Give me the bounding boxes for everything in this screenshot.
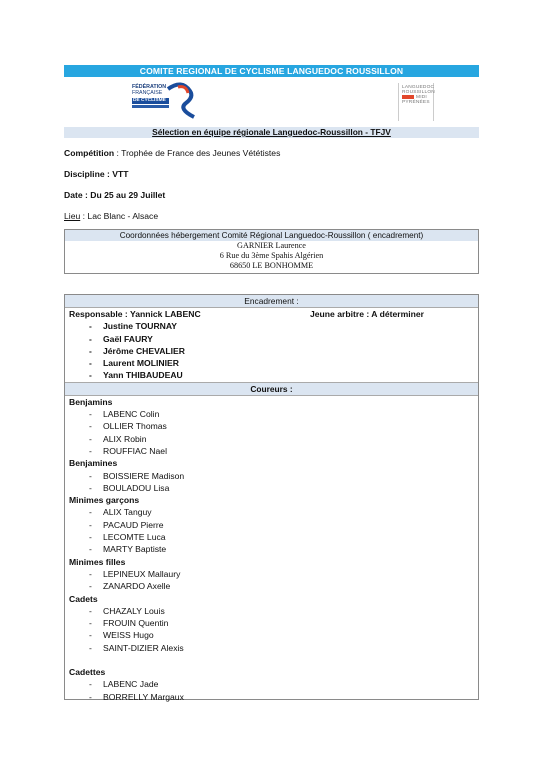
ffc-logo: FÉDÉRATION FRANÇAISE DE CYCLISME bbox=[128, 81, 200, 121]
rider-item: -MARTY Baptiste bbox=[65, 543, 478, 555]
category-heading: Minimes filles bbox=[65, 556, 478, 568]
rider-item: -LEPINEUX Mallaury bbox=[65, 568, 478, 580]
logo-red-bar bbox=[402, 95, 414, 99]
logo-text: FRANÇAISE bbox=[132, 91, 162, 97]
category-heading: Benjamines bbox=[65, 457, 478, 469]
dash-bullet: - bbox=[89, 408, 92, 420]
staff-member: -Jérôme CHEVALIER bbox=[65, 345, 478, 357]
person-name: MARTY Baptiste bbox=[103, 543, 166, 555]
dash-bullet: - bbox=[89, 629, 92, 641]
rider-item: -LECOMTE Luca bbox=[65, 531, 478, 543]
rider-item: -ALIX Tanguy bbox=[65, 506, 478, 518]
person-name: ZANARDO Axelle bbox=[103, 580, 170, 592]
person-name: Gaël FAURY bbox=[103, 333, 153, 345]
category-heading: Minimes garçons bbox=[65, 494, 478, 506]
dash-bullet: - bbox=[89, 345, 92, 357]
person-name: CHAZALY Louis bbox=[103, 605, 165, 617]
rider-item: -ZANARDO Axelle bbox=[65, 580, 478, 592]
dash-bullet: - bbox=[89, 531, 92, 543]
category-heading: Benjamins bbox=[65, 396, 478, 408]
lodging-street: 6 Rue du 3ème Spahis Algérien bbox=[65, 251, 478, 261]
person-name: LECOMTE Luca bbox=[103, 531, 166, 543]
dash-bullet: - bbox=[89, 445, 92, 457]
person-name: WEISS Hugo bbox=[103, 629, 154, 641]
rider-item: -BORRELLY Margaux bbox=[65, 691, 478, 703]
dash-bullet: - bbox=[89, 320, 92, 332]
dash-bullet: - bbox=[89, 691, 92, 703]
person-name: LEPINEUX Mallaury bbox=[103, 568, 180, 580]
person-name: OLLIER Thomas bbox=[103, 420, 167, 432]
staff-header: Encadrement : bbox=[65, 295, 478, 308]
person-name: ROUFFIAC Nael bbox=[103, 445, 167, 457]
committee-banner: COMITE REGIONAL DE CYCLISME LANGUEDOC RO… bbox=[64, 65, 479, 77]
dash-bullet: - bbox=[89, 420, 92, 432]
dash-bullet: - bbox=[89, 605, 92, 617]
dash-bullet: - bbox=[89, 617, 92, 629]
rider-item: -ROUFFIAC Nael bbox=[65, 445, 478, 457]
dash-bullet: - bbox=[89, 543, 92, 555]
rider-item: -CHAZALY Louis bbox=[65, 605, 478, 617]
category-heading: Cadets bbox=[65, 593, 478, 605]
staff-member: -Laurent MOLINIER bbox=[65, 357, 478, 369]
person-name: LABENC Jade bbox=[103, 678, 158, 690]
responsable: Responsable : Yannick LABENC bbox=[69, 309, 201, 319]
dash-bullet: - bbox=[89, 519, 92, 531]
rider-item: -LABENC Jade bbox=[65, 678, 478, 690]
staff-member: -Yann THIBAUDEAU bbox=[65, 369, 478, 381]
rider-item: -ALIX Robin bbox=[65, 433, 478, 445]
person-name: ALIX Robin bbox=[103, 433, 146, 445]
rider-item: -BOULADOU Lisa bbox=[65, 482, 478, 494]
lodging-name: GARNIER Laurence bbox=[65, 241, 478, 251]
cyclist-swoosh-icon bbox=[164, 81, 200, 121]
team-table: Encadrement : Responsable : Yannick LABE… bbox=[64, 294, 479, 700]
dash-bullet: - bbox=[89, 369, 92, 381]
dash-bullet: - bbox=[89, 642, 92, 654]
staff-member: -Gaël FAURY bbox=[65, 333, 478, 345]
person-name: BORRELLY Margaux bbox=[103, 691, 184, 703]
dash-bullet: - bbox=[89, 470, 92, 482]
person-name: Yann THIBAUDEAU bbox=[103, 369, 183, 381]
logo-text: PYRÉNÉES bbox=[402, 100, 430, 105]
lodging-header: Coordonnées hébergement Comité Régional … bbox=[65, 230, 478, 241]
person-name: FROUIN Quentin bbox=[103, 617, 168, 629]
rider-item: -BOISSIERE Madison bbox=[65, 470, 478, 482]
referee: Jeune arbitre : A déterminer bbox=[310, 308, 424, 320]
dash-bullet: - bbox=[89, 482, 92, 494]
rider-item: -OLLIER Thomas bbox=[65, 420, 478, 432]
person-name: LABENC Colin bbox=[103, 408, 159, 420]
person-name: SAINT-DIZIER Alexis bbox=[103, 642, 184, 654]
rider-item: -WEISS Hugo bbox=[65, 629, 478, 641]
dash-bullet: - bbox=[89, 580, 92, 592]
riders-header: Coureurs : bbox=[65, 382, 478, 396]
category-heading: Cadettes bbox=[65, 666, 478, 678]
dash-bullet: - bbox=[89, 357, 92, 369]
discipline-line: Discipline : VTT bbox=[64, 169, 128, 180]
rider-item: -LABENC Colin bbox=[65, 408, 478, 420]
person-name: Justine TOURNAY bbox=[103, 320, 177, 332]
person-name: PACAUD Pierre bbox=[103, 519, 164, 531]
staff-leader-row: Responsable : Yannick LABENC Jeune arbit… bbox=[65, 308, 478, 320]
dash-bullet: - bbox=[89, 678, 92, 690]
lodging-box: Coordonnées hébergement Comité Régional … bbox=[64, 229, 479, 274]
selection-title: Sélection en équipe régionale Languedoc-… bbox=[64, 127, 479, 138]
rider-item: -FROUIN Quentin bbox=[65, 617, 478, 629]
rider-item: -SAINT-DIZIER Alexis bbox=[65, 642, 478, 654]
person-name: Jérôme CHEVALIER bbox=[103, 345, 185, 357]
region-logo: LANGUEDOC ROUSSILLON MIDI PYRÉNÉES bbox=[398, 83, 434, 121]
person-name: BOISSIERE Madison bbox=[103, 470, 184, 482]
person-name: BOULADOU Lisa bbox=[103, 482, 169, 494]
staff-member: -Justine TOURNAY bbox=[65, 320, 478, 332]
person-name: ALIX Tanguy bbox=[103, 506, 152, 518]
rider-item: -PACAUD Pierre bbox=[65, 519, 478, 531]
dash-bullet: - bbox=[89, 333, 92, 345]
dash-bullet: - bbox=[89, 506, 92, 518]
location-line: Lieu : Lac Blanc - Alsace bbox=[64, 211, 158, 222]
lodging-city: 68650 LE BONHOMME bbox=[65, 261, 478, 271]
dash-bullet: - bbox=[89, 568, 92, 580]
date-line: Date : Du 25 au 29 Juillet bbox=[64, 190, 165, 201]
person-name: Laurent MOLINIER bbox=[103, 357, 179, 369]
competition-line: Compétition : Trophée de France des Jeun… bbox=[64, 148, 280, 159]
dash-bullet: - bbox=[89, 433, 92, 445]
